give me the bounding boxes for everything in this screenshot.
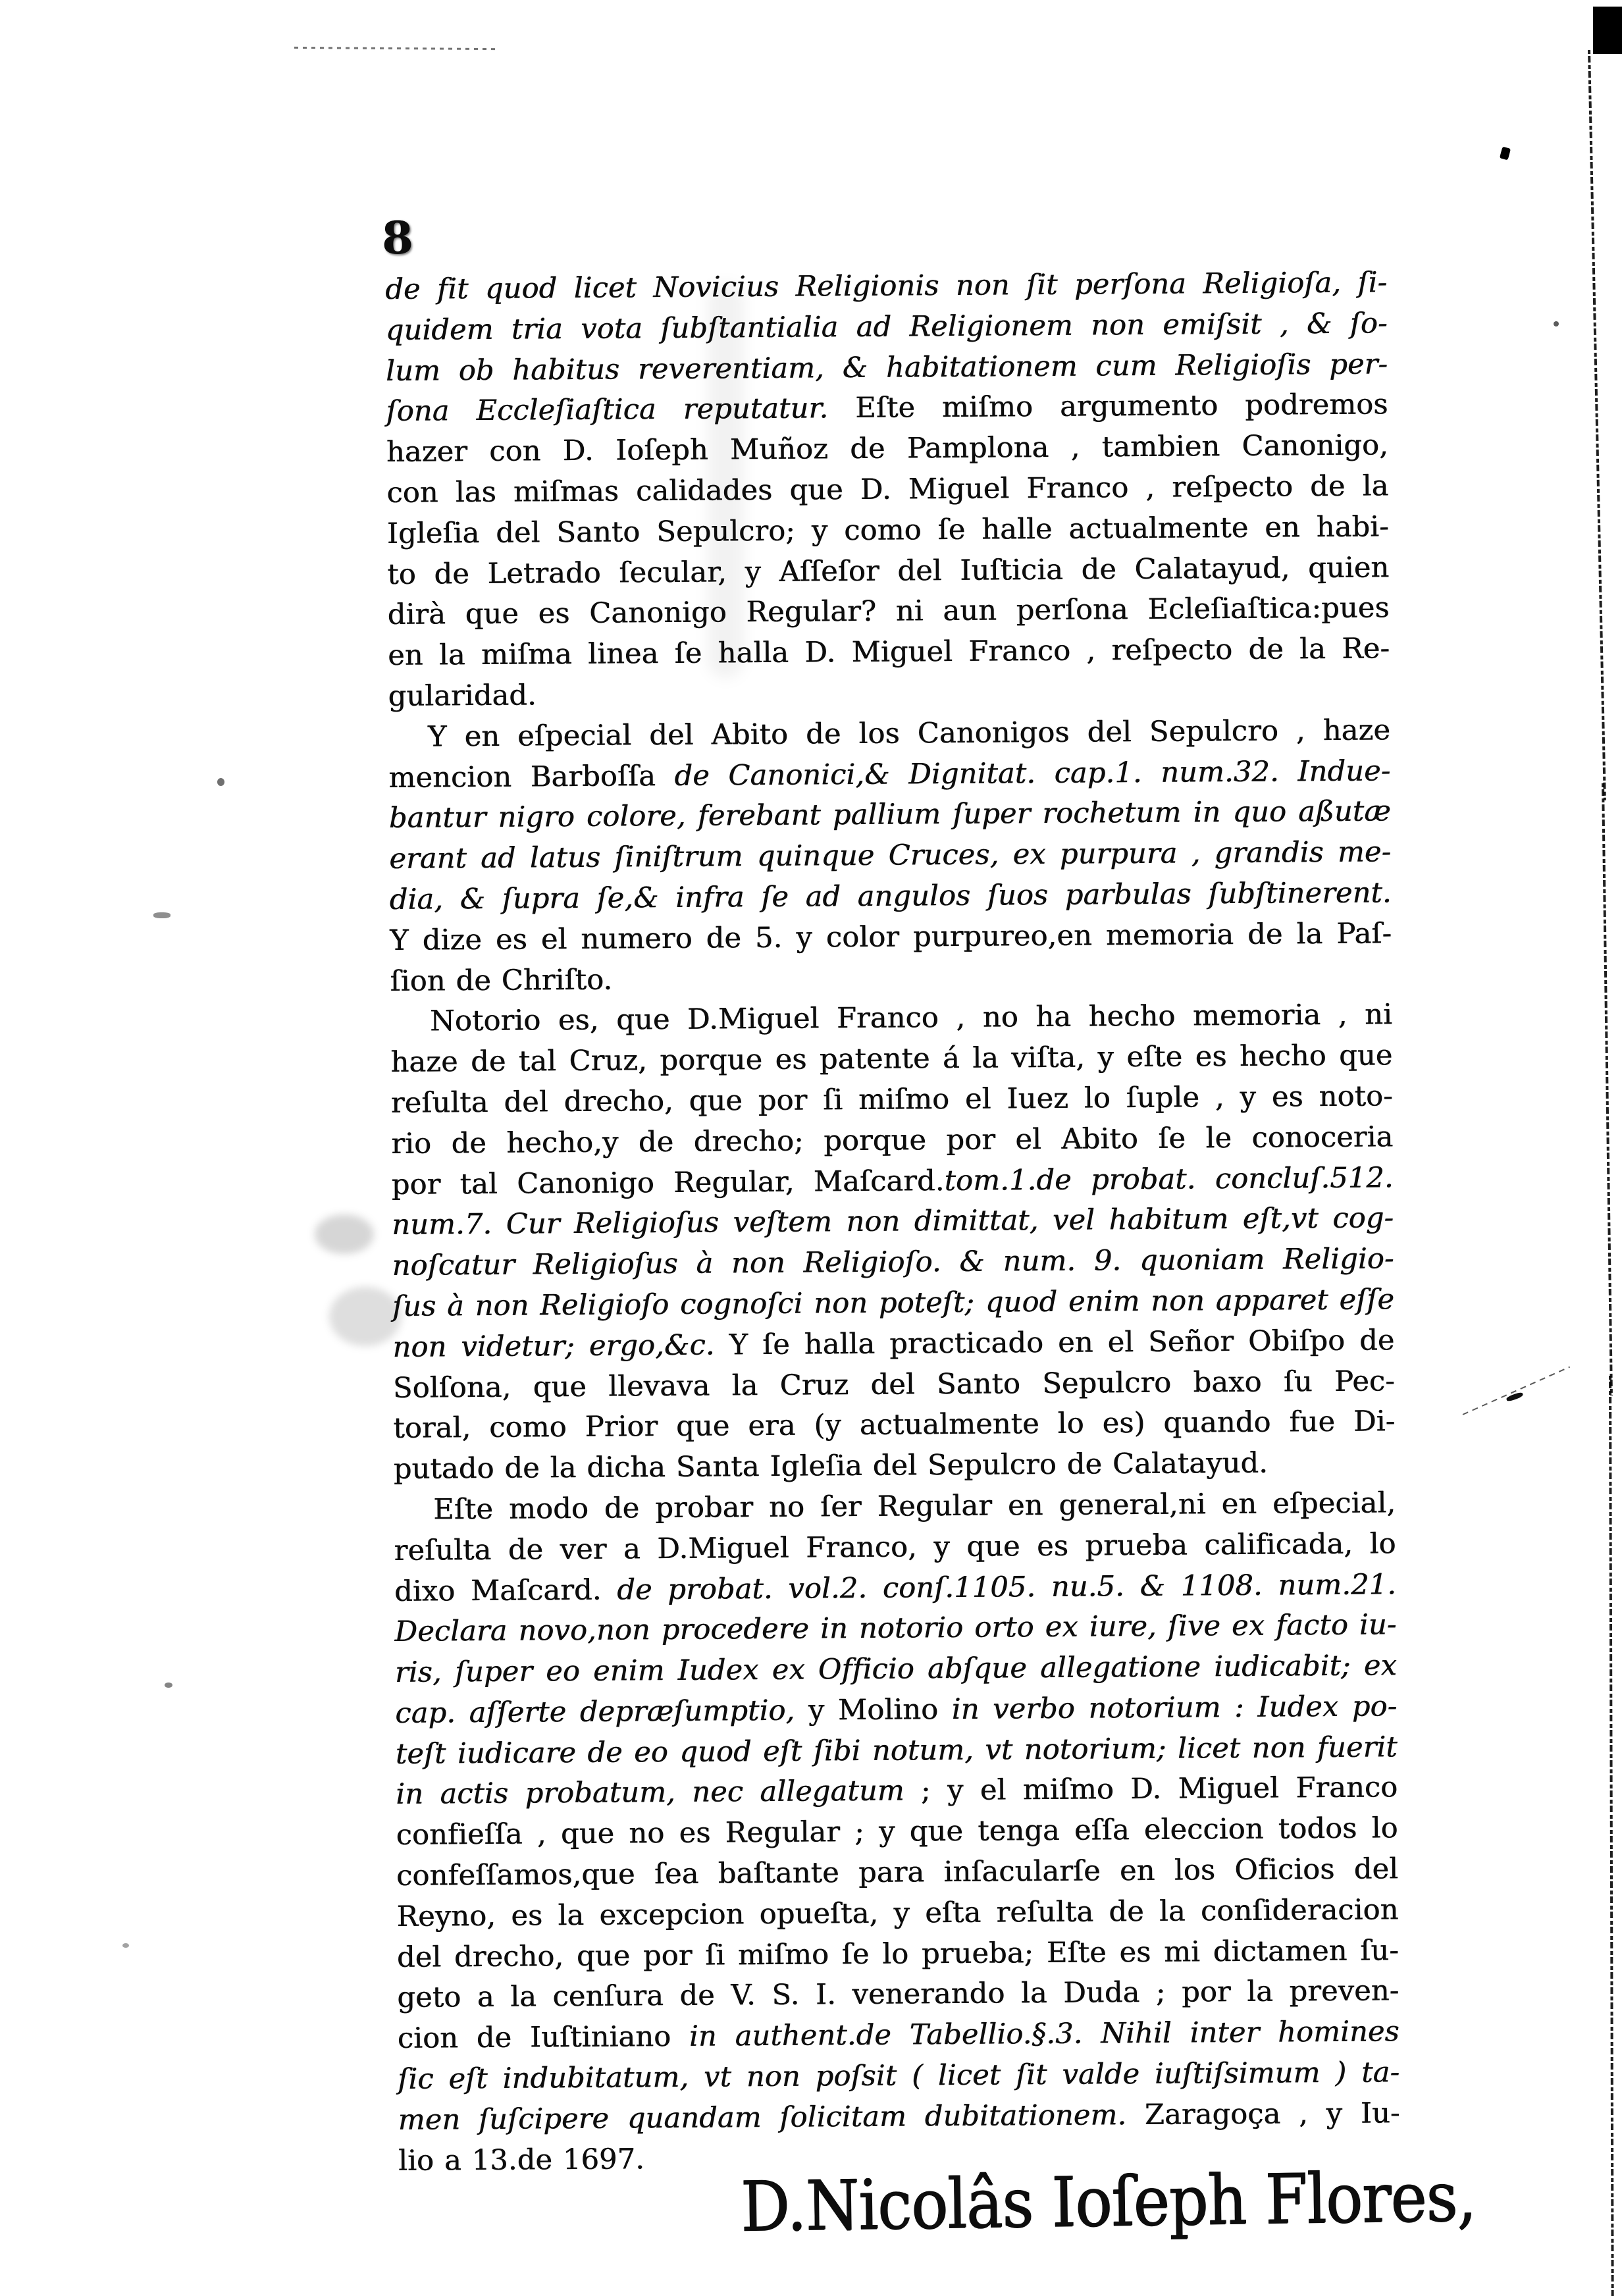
text-line: rio de hecho,y de drecho; porque por el …: [391, 1117, 1393, 1164]
text-segment: de Canonici,& Dignitat. cap.1. num.32. I…: [674, 754, 1390, 793]
text-line: lum ob habitus reverentiam, & habitation…: [386, 344, 1388, 392]
text-line: noſcatur Religioſus à non Religioſo. & n…: [392, 1239, 1394, 1286]
text-line: en la miſma linea ſe halla D. Miguel Fra…: [388, 629, 1390, 677]
text-line: bantur nigro colore, ferebant pallium ſu…: [389, 792, 1391, 839]
text-line: Solſona, que llevava la Cruz del Santo S…: [393, 1361, 1395, 1409]
text-line: men ſuſcipere quandam ſolicitam dubitati…: [398, 2093, 1400, 2141]
text-line: mencion Barboſſa de Canonici,& Dignitat.…: [388, 751, 1390, 798]
text-segment: dixo Maſcard.: [394, 1573, 617, 1607]
text-segment: confieſſa , que no es Regular ; y que te…: [396, 1812, 1398, 1852]
text-line: dia, & ſupra ſe,& infra ſe ad angulos ſu…: [389, 873, 1391, 920]
text-line: ſic eſt indubitatum, vt non poſsit ( lic…: [398, 2052, 1400, 2100]
text-line: num.7. Cur Religioſus veſtem non dimitta…: [392, 1199, 1394, 1246]
page-number: 8: [381, 212, 413, 265]
text-segment: rio de hecho,y de drecho; porque por el …: [391, 1120, 1393, 1161]
scan-edge-crease: [1602, 783, 1613, 1396]
text-segment: hazer con D. Ioſeph Muñoz de Pamplona , …: [386, 429, 1388, 469]
scan-smudge: [329, 1287, 402, 1346]
text-segment: cap. aſſerte depræſumptio,: [395, 1694, 808, 1729]
text-segment: in verbo notorium : Iudex po-: [952, 1690, 1398, 1726]
text-segment: Notorio es, que D.Miguel Franco , no ha …: [430, 999, 1392, 1038]
text-line: por tal Canonigo Regular, Maſcard.tom.1.…: [391, 1158, 1393, 1205]
scanned-page: 8 de fit quod licet Novicius Religionis …: [0, 0, 1622, 2296]
text-line: geto a la cenſura de V. S. I. venerando …: [397, 1971, 1399, 2019]
text-line: toral, como Prior que era (y actualmente…: [393, 1402, 1395, 1449]
text-line: Eſte modo de probar no ſer Regular en ge…: [394, 1483, 1396, 1530]
text-segment: Reyno, es la excepcion opueſta, y eſta r…: [396, 1893, 1398, 1933]
text-line: del drecho, que por ſi miſmo ſe lo prueb…: [397, 1931, 1399, 1978]
text-segment: bantur nigro colore, ferebant pallium ſu…: [389, 795, 1391, 835]
text-line: putado de la dicha Santa Igleſia del Sep…: [394, 1442, 1396, 1490]
text-segment: en la miſma linea ſe halla D. Miguel Fra…: [388, 633, 1390, 673]
text-segment: in actis probatum, nec allegatum: [396, 1775, 921, 1812]
scan-dotted-line: [294, 47, 495, 50]
scan-ink-block: [1593, 7, 1622, 54]
text-segment: toral, como Prior que era (y actualmente…: [393, 1405, 1395, 1446]
scan-speck: [165, 1683, 172, 1688]
text-segment: num.7. Cur Religioſus veſtem non dimitta…: [392, 1202, 1394, 1242]
text-line: Notorio es, que D.Miguel Franco , no ha …: [390, 995, 1392, 1043]
text-segment: Eſte modo de probar no ſer Regular en ge…: [433, 1486, 1396, 1526]
text-segment: Y en eſpecial del Abito de los Canonigos…: [428, 714, 1390, 753]
text-line: de fit quod licet Novicius Religionis no…: [385, 263, 1387, 310]
text-segment: ris, ſuper eo enim Iudex ex Officio abſq…: [395, 1649, 1397, 1689]
text-segment: con las miſmas calidades que D. Miguel F…: [386, 469, 1388, 509]
signature: D.Nicolâs Ioſeph Flores,: [740, 2156, 1476, 2247]
text-segment: lio a 13.de 1697.: [398, 2143, 644, 2178]
scan-speck: [122, 1943, 129, 1948]
text-segment: cion de Iuſtiniano: [398, 2020, 689, 2055]
text-line: haze de tal Cruz, porque es patente á la…: [390, 1035, 1392, 1083]
text-line: confieſſa , que no es Regular ; y que te…: [396, 1809, 1398, 1856]
scan-edge-crease: [1588, 50, 1606, 800]
text-line: hazer con D. Ioſeph Muñoz de Pamplona , …: [386, 426, 1388, 473]
text-segment: to de Letrado ſecular, y Aſſeſor del Iuſ…: [387, 551, 1389, 591]
text-line: cion de Iuſtiniano in authent.de Tabelli…: [398, 2012, 1400, 2060]
text-segment: Zaragoça , y Iu-: [1126, 2097, 1400, 2131]
text-line: ſion de Chriſto.: [390, 954, 1392, 1002]
text-line: non videtur; ergo,&c. Y ſe halla practic…: [392, 1320, 1394, 1368]
text-segment: in authent.de Tabellio.§.3. Nihil inter …: [689, 2016, 1400, 2054]
text-segment: Y dize es el numero de 5. y color purpur…: [390, 917, 1392, 957]
text-line: Reyno, es la excepcion opueſta, y eſta r…: [396, 1890, 1398, 1937]
text-line: Y dize es el numero de 5. y color purpur…: [390, 914, 1392, 961]
text-segment: ſion de Chriſto.: [390, 963, 612, 997]
scan-smudge: [315, 1214, 374, 1254]
text-segment: dirà que es Canonigo Regular? ni aun per…: [387, 592, 1389, 632]
scan-edge-crease: [1609, 1376, 1614, 2296]
text-segment: reſulta de ver a D.Miguel Franco, y que …: [394, 1527, 1396, 1567]
text-segment: confeſſamos,que ſea baſtante para inſacu…: [396, 1852, 1398, 1892]
text-line: dixo Maſcard. de probat. vol.2. conſ.110…: [394, 1565, 1396, 1612]
text-block: de fit quod licet Novicius Religionis no…: [385, 263, 1400, 2181]
text-segment: ſona Eccleſiaſtica reputatur.: [386, 392, 828, 429]
text-line: ſus à non Religioſo cognoſci non poteſt;…: [392, 1280, 1394, 1327]
text-line: reſulta del drecho, que por ſi miſmo el …: [391, 1076, 1393, 1124]
text-line: to de Letrado ſecular, y Aſſeſor del Iuſ…: [387, 548, 1389, 595]
text-line: gularidad.: [388, 669, 1390, 717]
scan-speck: [1500, 147, 1511, 161]
text-segment: non videtur; ergo,&c.: [392, 1328, 714, 1363]
text-line: ſona Eccleſiaſtica reputatur. Eſte miſmo…: [386, 385, 1388, 432]
text-segment: lum ob habitus reverentiam, & habitation…: [386, 348, 1388, 388]
text-line: ris, ſuper eo enim Iudex ex Officio abſq…: [395, 1646, 1397, 1693]
scan-speck: [1554, 321, 1559, 326]
text-segment: y Molino: [808, 1693, 952, 1727]
text-segment: Y ſe halla practicado en el Señor Obiſpo…: [714, 1324, 1394, 1361]
text-line: quidem tria vota ſubſtantialia ad Religi…: [385, 303, 1387, 351]
text-line: reſulta de ver a D.Miguel Franco, y que …: [394, 1524, 1396, 1571]
text-segment: dia, & ſupra ſe,& infra ſe ad angulos ſu…: [390, 876, 1392, 916]
text-line: teſt iudicare de eo quod eſt ſibi notum,…: [396, 1727, 1398, 1775]
text-segment: ſic eſt indubitatum, vt non poſsit ( lic…: [398, 2056, 1400, 2096]
text-line: confeſſamos,que ſea baſtante para inſacu…: [396, 1849, 1398, 1896]
text-segment: haze de tal Cruz, porque es patente á la…: [390, 1039, 1392, 1079]
text-segment: de probat. vol.2. conſ.1105. nu.5. & 110…: [617, 1568, 1396, 1606]
text-segment: mencion Barboſſa: [388, 760, 674, 795]
text-segment: putado de la dicha Santa Igleſia del Sep…: [394, 1447, 1269, 1486]
text-line: Declara novo,non procedere in notorio or…: [394, 1605, 1396, 1653]
text-line: dirà que es Canonigo Regular? ni aun per…: [387, 588, 1389, 636]
text-segment: geto a la cenſura de V. S. I. venerando …: [397, 1975, 1399, 2015]
text-segment: Solſona, que llevava la Cruz del Santo S…: [393, 1365, 1395, 1405]
text-segment: del drecho, que por ſi miſmo ſe lo prueb…: [397, 1934, 1399, 1974]
text-segment: tom.1.de probat. concluſ.512.: [944, 1161, 1394, 1197]
text-segment: ſus à non Religioſo cognoſci non poteſt;…: [392, 1283, 1394, 1323]
text-segment: de fit quod licet Novicius Religionis no…: [385, 266, 1387, 306]
text-line: con las miſmas calidades que D. Miguel F…: [386, 466, 1388, 513]
text-segment: Eſte miſmo argumento podremos: [828, 388, 1388, 425]
scan-speck: [217, 778, 224, 786]
text-segment: quidem tria vota ſubſtantialia ad Religi…: [385, 307, 1387, 347]
text-line: in actis probatum, nec allegatum ; y el …: [396, 1768, 1398, 1815]
text-segment: ; y el miſmo D. Miguel Franco: [921, 1771, 1398, 1808]
text-segment: men ſuſcipere quandam ſolicitam dubitati…: [398, 2099, 1126, 2137]
text-segment: noſcatur Religioſus à non Religioſo. & n…: [392, 1242, 1394, 1282]
text-line: erant ad latus ſiniſtrum quinque Cruces,…: [389, 833, 1391, 880]
text-segment: erant ad latus ſiniſtrum quinque Cruces,…: [389, 836, 1391, 876]
text-line: Y en eſpecial del Abito de los Canonigos…: [388, 710, 1390, 758]
scan-scratch: [1463, 1367, 1570, 1415]
text-segment: teſt iudicare de eo quod eſt ſibi notum,…: [396, 1731, 1398, 1771]
text-line: cap. aſſerte depræſumptio, y Molino in v…: [395, 1686, 1397, 1734]
text-segment: Declara novo,non procedere in notorio or…: [394, 1609, 1396, 1649]
text-segment: reſulta del drecho, que por ſi miſmo el …: [391, 1080, 1393, 1120]
text-segment: por tal Canonigo Regular, Maſcard.: [392, 1164, 945, 1201]
text-line: Igleſia del Santo Sepulcro; y como ſe ha…: [387, 507, 1389, 554]
scan-speck: [153, 912, 170, 918]
text-segment: gularidad.: [388, 679, 536, 713]
text-segment: Igleſia del Santo Sepulcro; y como ſe ha…: [387, 510, 1389, 550]
